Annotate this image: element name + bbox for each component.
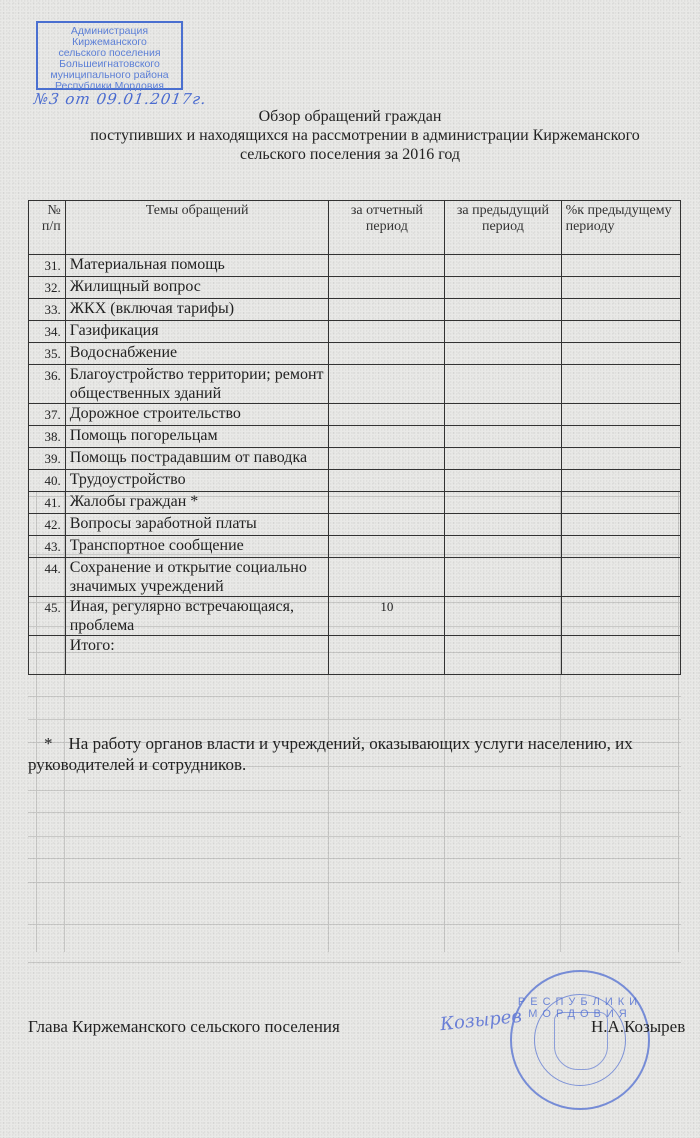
row-percent <box>561 514 680 536</box>
row-topic: Помощь пострадавшим от паводка <box>65 448 329 470</box>
row-num: 33. <box>29 299 66 321</box>
row-percent <box>561 277 680 299</box>
row-current <box>329 404 445 426</box>
row-previous <box>445 514 561 536</box>
signatory-name: Н.А.Козырев <box>591 1017 685 1037</box>
row-topic: Благоустройство территории; ремонт общес… <box>65 365 329 404</box>
row-previous <box>445 470 561 492</box>
footnote: *На работу органов власти и учреждений, … <box>28 733 688 775</box>
row-current <box>329 299 445 321</box>
row-percent <box>561 255 680 277</box>
row-num: 45. <box>29 597 66 636</box>
row-current <box>329 448 445 470</box>
document-subtitle: поступивших и находящихся на рассмотрени… <box>15 127 700 145</box>
table-row: 32.Жилищный вопрос <box>29 277 681 299</box>
appeals-table: № п/п Темы обращений за отчетный период … <box>28 200 681 675</box>
row-percent <box>561 597 680 636</box>
row-topic: Транспортное сообщение <box>65 536 329 558</box>
row-percent <box>561 536 680 558</box>
row-current <box>329 514 445 536</box>
row-topic: Материальная помощь <box>65 255 329 277</box>
row-previous <box>445 536 561 558</box>
row-percent <box>561 343 680 365</box>
row-topic: ЖКХ (включая тарифы) <box>65 299 329 321</box>
row-current <box>329 426 445 448</box>
row-topic: Иная, регулярно встречающаяся, проблема <box>65 597 329 636</box>
row-current <box>329 343 445 365</box>
table-row: 40.Трудоустройство <box>29 470 681 492</box>
row-previous <box>445 365 561 404</box>
table-header-row: № п/п Темы обращений за отчетный период … <box>29 201 681 255</box>
header-num: № п/п <box>29 201 66 255</box>
row-num: 32. <box>29 277 66 299</box>
row-num: 36. <box>29 365 66 404</box>
row-current <box>329 255 445 277</box>
row-num: 41. <box>29 492 66 514</box>
footnote-text: На работу органов власти и учреждений, о… <box>28 734 633 774</box>
row-num: 39. <box>29 448 66 470</box>
row-previous <box>445 255 561 277</box>
document-title: Обзор обращений граждан <box>0 108 700 126</box>
row-current <box>329 558 445 597</box>
table-row: 35.Водоснабжение <box>29 343 681 365</box>
row-previous <box>445 426 561 448</box>
row-topic: Сохранение и открытие социально значимых… <box>65 558 329 597</box>
document-subtitle-2: сельского поселения за 2016 год <box>0 146 700 164</box>
row-num: 44. <box>29 558 66 597</box>
row-topic: Дорожное строительство <box>65 404 329 426</box>
row-percent <box>561 321 680 343</box>
table-row: 39.Помощь пострадавшим от паводка <box>29 448 681 470</box>
row-previous <box>445 321 561 343</box>
table-row: 34.Газификация <box>29 321 681 343</box>
row-percent <box>561 448 680 470</box>
row-num: 37. <box>29 404 66 426</box>
row-num: 34. <box>29 321 66 343</box>
row-percent <box>561 299 680 321</box>
row-current <box>329 636 445 675</box>
row-previous <box>445 492 561 514</box>
row-previous <box>445 277 561 299</box>
row-current <box>329 365 445 404</box>
row-percent <box>561 636 680 675</box>
total-row: Итого: <box>29 636 681 675</box>
row-current: 10 <box>329 597 445 636</box>
row-previous <box>445 448 561 470</box>
table-row: 31.Материальная помощь <box>29 255 681 277</box>
row-percent <box>561 365 680 404</box>
table-row: 38.Помощь погорельцам <box>29 426 681 448</box>
row-current <box>329 492 445 514</box>
row-percent <box>561 470 680 492</box>
table-row: 33.ЖКХ (включая тарифы) <box>29 299 681 321</box>
table-row: 44.Сохранение и открытие социально значи… <box>29 558 681 597</box>
header-previous: за предыдущий период <box>445 201 561 255</box>
header-topic: Темы обращений <box>65 201 329 255</box>
row-topic: Жилищный вопрос <box>65 277 329 299</box>
row-topic: Итого: <box>65 636 329 675</box>
row-topic: Газификация <box>65 321 329 343</box>
row-current <box>329 277 445 299</box>
row-num: 40. <box>29 470 66 492</box>
row-topic: Жалобы граждан * <box>65 492 329 514</box>
table-row: 45.Иная, регулярно встречающаяся, пробле… <box>29 597 681 636</box>
row-percent <box>561 404 680 426</box>
header-percent: %к предыдущему периоду <box>561 201 680 255</box>
row-num: 38. <box>29 426 66 448</box>
row-num: 35. <box>29 343 66 365</box>
footnote-marker: * <box>28 734 69 753</box>
row-current <box>329 321 445 343</box>
header-current: за отчетный период <box>329 201 445 255</box>
row-num <box>29 636 66 675</box>
row-num: 31. <box>29 255 66 277</box>
row-previous <box>445 558 561 597</box>
row-previous <box>445 636 561 675</box>
registration-stamp: Администрация Киржеманского сельского по… <box>36 21 183 90</box>
row-previous <box>445 299 561 321</box>
official-seal: РЕСПУБЛИКИ МОРДОВИЯ <box>510 970 650 1110</box>
table-row: 43.Транспортное сообщение <box>29 536 681 558</box>
table-row: 37.Дорожное строительство <box>29 404 681 426</box>
registration-number: №3 от 09.01.2017г. <box>33 90 208 108</box>
signatory-position: Глава Киржеманского сельского поселения <box>28 1017 340 1037</box>
row-num: 43. <box>29 536 66 558</box>
table-row: 42.Вопросы заработной платы <box>29 514 681 536</box>
row-previous <box>445 404 561 426</box>
table-row: 36.Благоустройство территории; ремонт об… <box>29 365 681 404</box>
row-topic: Вопросы заработной платы <box>65 514 329 536</box>
row-topic: Трудоустройство <box>65 470 329 492</box>
row-previous <box>445 597 561 636</box>
row-num: 42. <box>29 514 66 536</box>
row-previous <box>445 343 561 365</box>
row-percent <box>561 558 680 597</box>
row-percent <box>561 492 680 514</box>
table-body: 31.Материальная помощь32.Жилищный вопрос… <box>29 255 681 675</box>
row-topic: Водоснабжение <box>65 343 329 365</box>
table-row: 41.Жалобы граждан * <box>29 492 681 514</box>
row-current <box>329 536 445 558</box>
row-topic: Помощь погорельцам <box>65 426 329 448</box>
row-current <box>329 470 445 492</box>
row-percent <box>561 426 680 448</box>
